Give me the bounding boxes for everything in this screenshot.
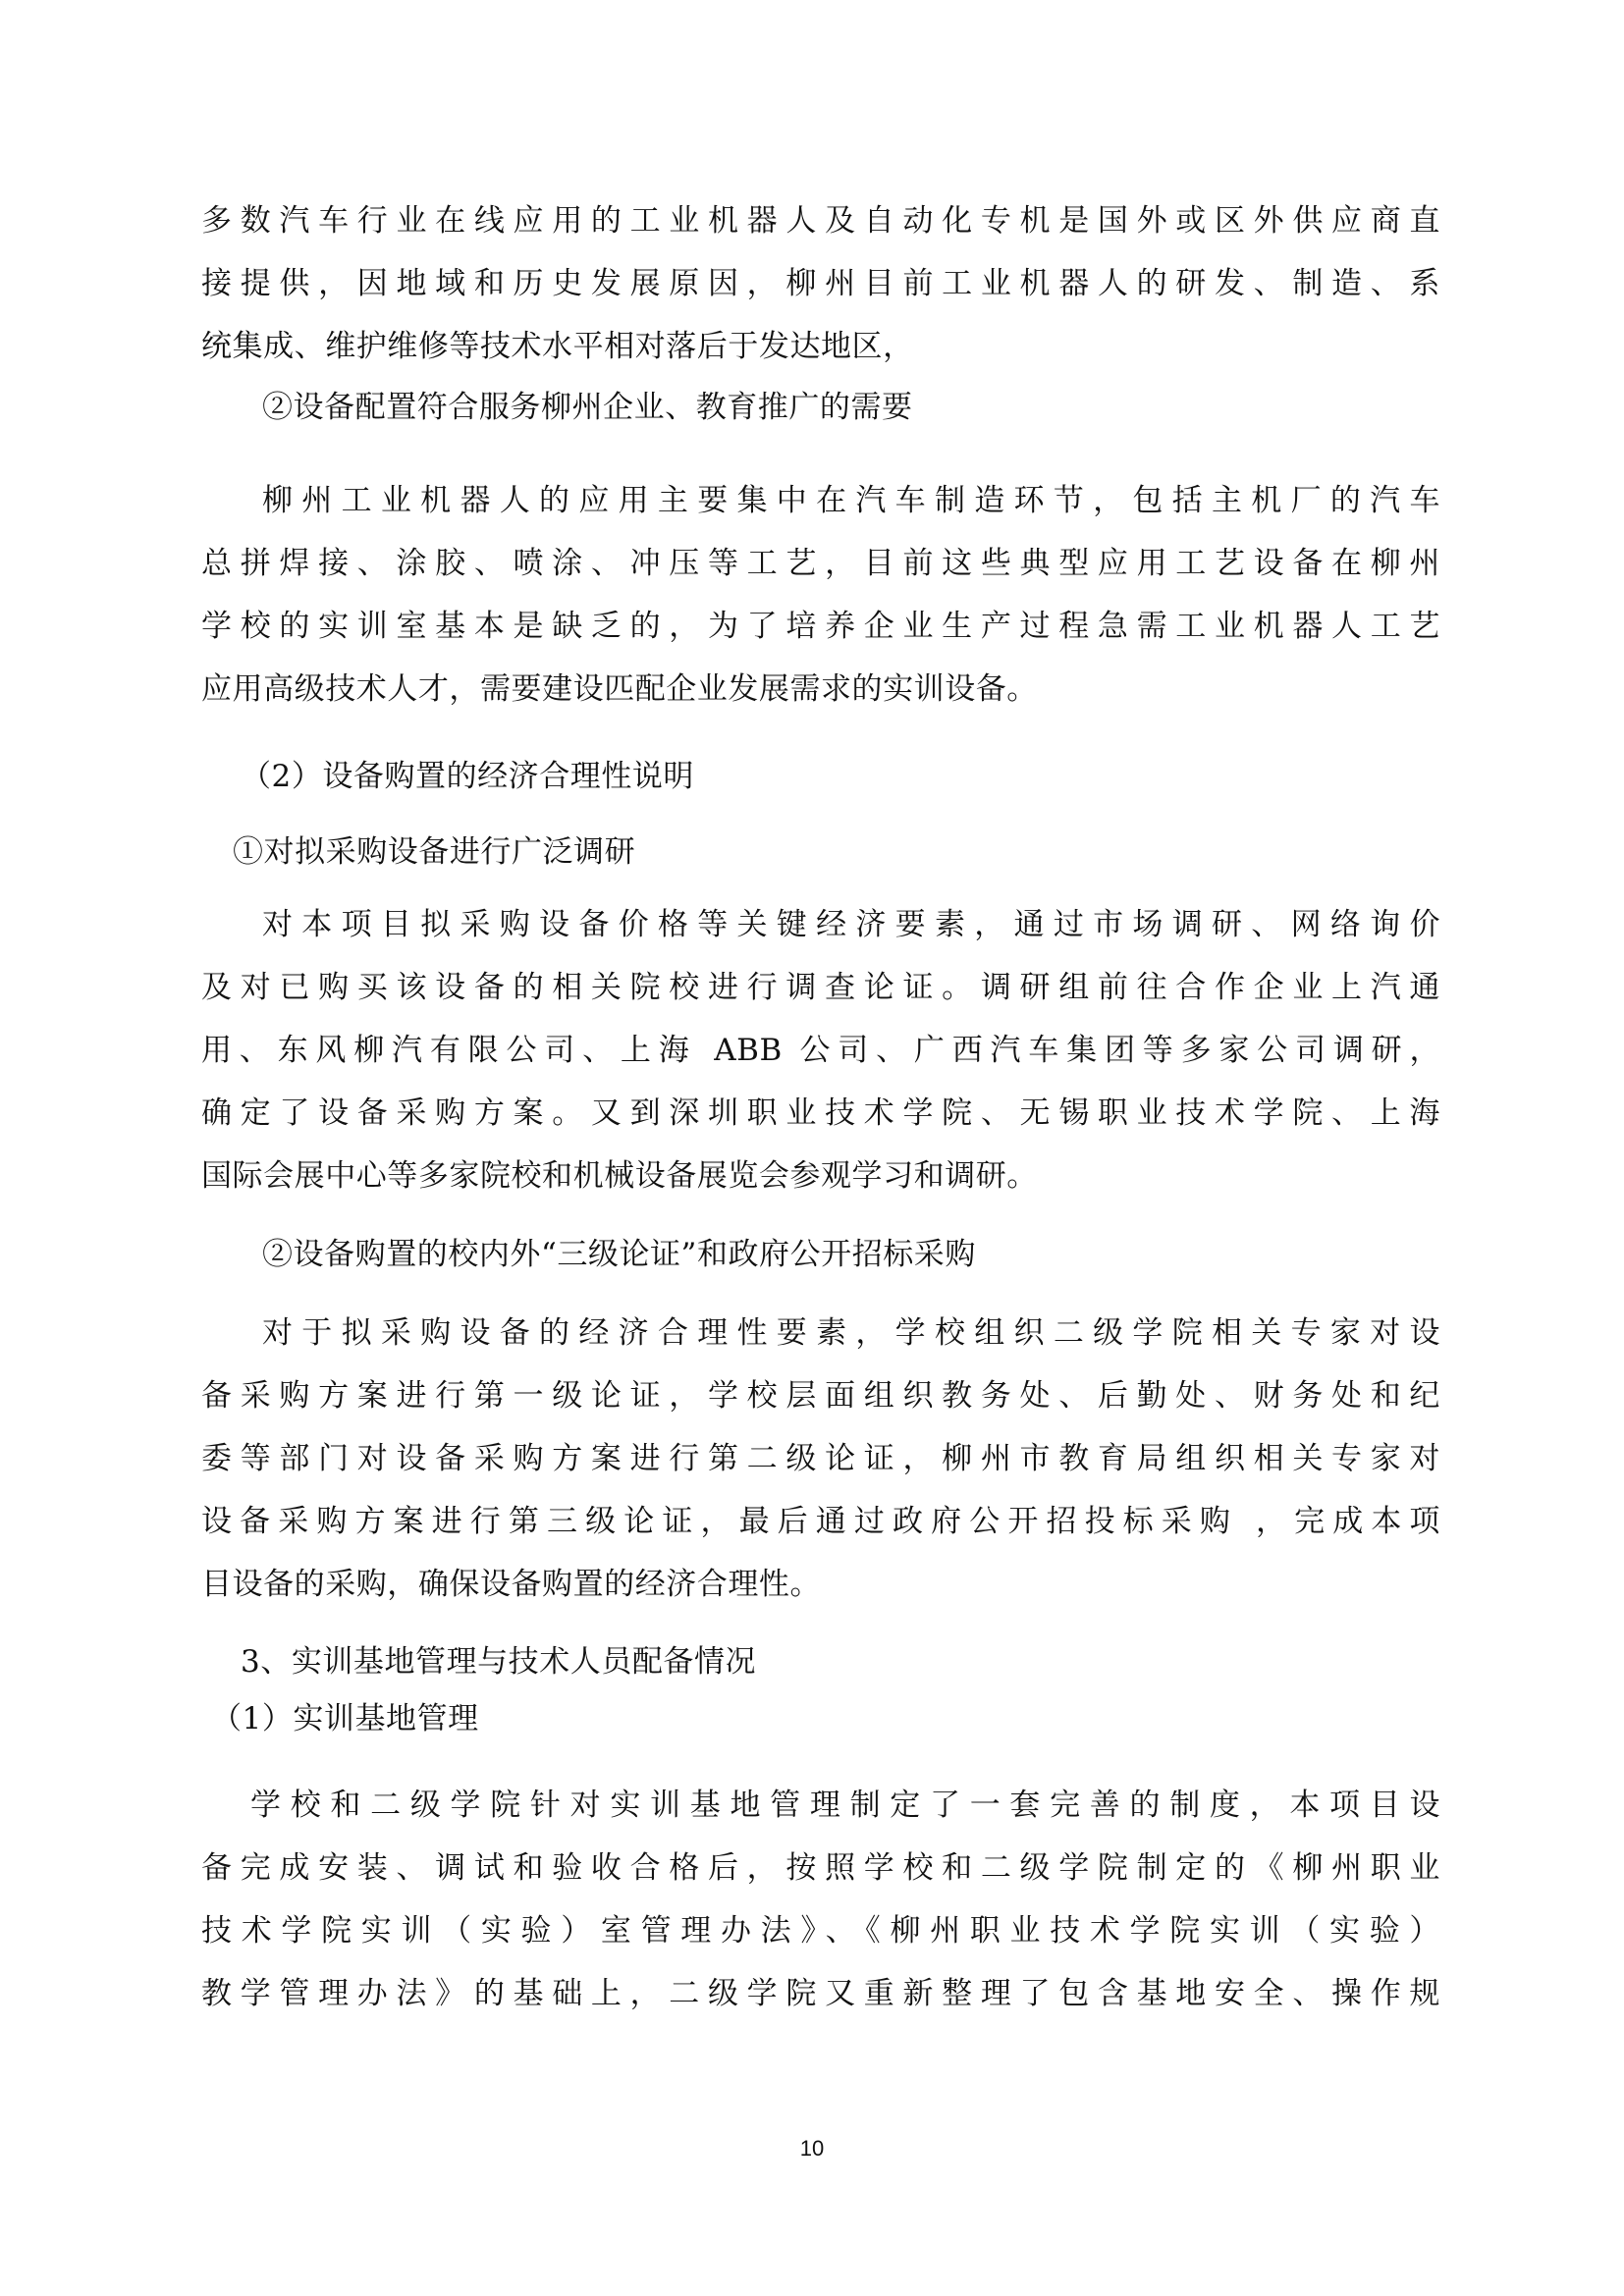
text-line: 柳州工业机器人的应用主要集中在汽车制造环节，包括主机厂的汽车 bbox=[262, 481, 1440, 520]
text-line: 确定了设备采购方案。又到深圳职业技术学院、无锡职业技术学院、上海 bbox=[201, 1094, 1440, 1133]
text-line: 多数汽车行业在线应用的工业机器人及自动化专机是国外或区外供应商直 bbox=[201, 201, 1440, 240]
text-line: 委等部门对设备采购方案进行第二级论证，柳州市教育局组织相关专家对 bbox=[201, 1439, 1440, 1478]
text-line: 用、东风柳汽有限公司、上海 ABB 公司、广西汽车集团等多家公司调研， bbox=[201, 1031, 1440, 1070]
text-line: 目设备的采购，确保设备购置的经济合理性。 bbox=[201, 1565, 1440, 1604]
text-line: 3、实训基地管理与技术人员配备情况 bbox=[241, 1642, 1440, 1682]
text-line: 应用高级技术人才，需要建设匹配企业发展需求的实训设备。 bbox=[201, 669, 1440, 709]
text-line: 国际会展中心等多家院校和机械设备展览会参观学习和调研。 bbox=[201, 1156, 1440, 1196]
text-line: 接提供，因地域和历史发展原因，柳州目前工业机器人的研发、制造、系 bbox=[201, 264, 1440, 303]
text-line: 对于拟采购设备的经济合理性要素，学校组织二级学院相关专家对设 bbox=[262, 1313, 1440, 1353]
document-page: 多数汽车行业在线应用的工业机器人及自动化专机是国外或区外供应商直接提供，因地域和… bbox=[0, 0, 1624, 2296]
page-number: 10 bbox=[0, 2136, 1624, 2162]
text-line: ①对拟采购设备进行广泛调研 bbox=[233, 832, 1440, 872]
text-line: ②设备购置的校内外“三级论证”和政府公开招标采购 bbox=[262, 1235, 1440, 1274]
text-line: ②设备配置符合服务柳州企业、教育推广的需要 bbox=[262, 388, 1440, 427]
text-line: 设备采购方案进行第三级论证，最后通过政府公开招投标采购 ，完成本项 bbox=[201, 1502, 1440, 1541]
text-line: 对本项目拟采购设备价格等关键经济要素，通过市场调研、网络询价 bbox=[262, 905, 1440, 944]
text-line: （1）实训基地管理 bbox=[211, 1699, 1440, 1738]
text-line: 学校和二级学院针对实训基地管理制定了一套完善的制度，本项目设 bbox=[250, 1786, 1440, 1825]
text-line: 及对已购买该设备的相关院校进行调查论证。调研组前往合作企业上汽通 bbox=[201, 968, 1440, 1007]
text-line: 统集成、维护维修等技术水平相对落后于发达地区， bbox=[201, 327, 1440, 366]
text-line: 教学管理办法》的基础上，二级学院又重新整理了包含基地安全、操作规 bbox=[201, 1974, 1440, 2013]
text-line: （2）设备购置的经济合理性说明 bbox=[241, 757, 1440, 796]
text-line: 学校的实训室基本是缺乏的，为了培养企业生产过程急需工业机器人工艺 bbox=[201, 607, 1440, 646]
text-line: 备完成安装、调试和验收合格后，按照学校和二级学院制定的《柳州职业 bbox=[201, 1848, 1440, 1888]
text-line: 备采购方案进行第一级论证，学校层面组织教务处、后勤处、财务处和纪 bbox=[201, 1376, 1440, 1415]
text-line: 总拼焊接、涂胶、喷涂、冲压等工艺，目前这些典型应用工艺设备在柳州 bbox=[201, 544, 1440, 583]
text-line: 技术学院实训（实验）室管理办法》、《柳州职业技术学院实训（实验） bbox=[201, 1911, 1440, 1950]
